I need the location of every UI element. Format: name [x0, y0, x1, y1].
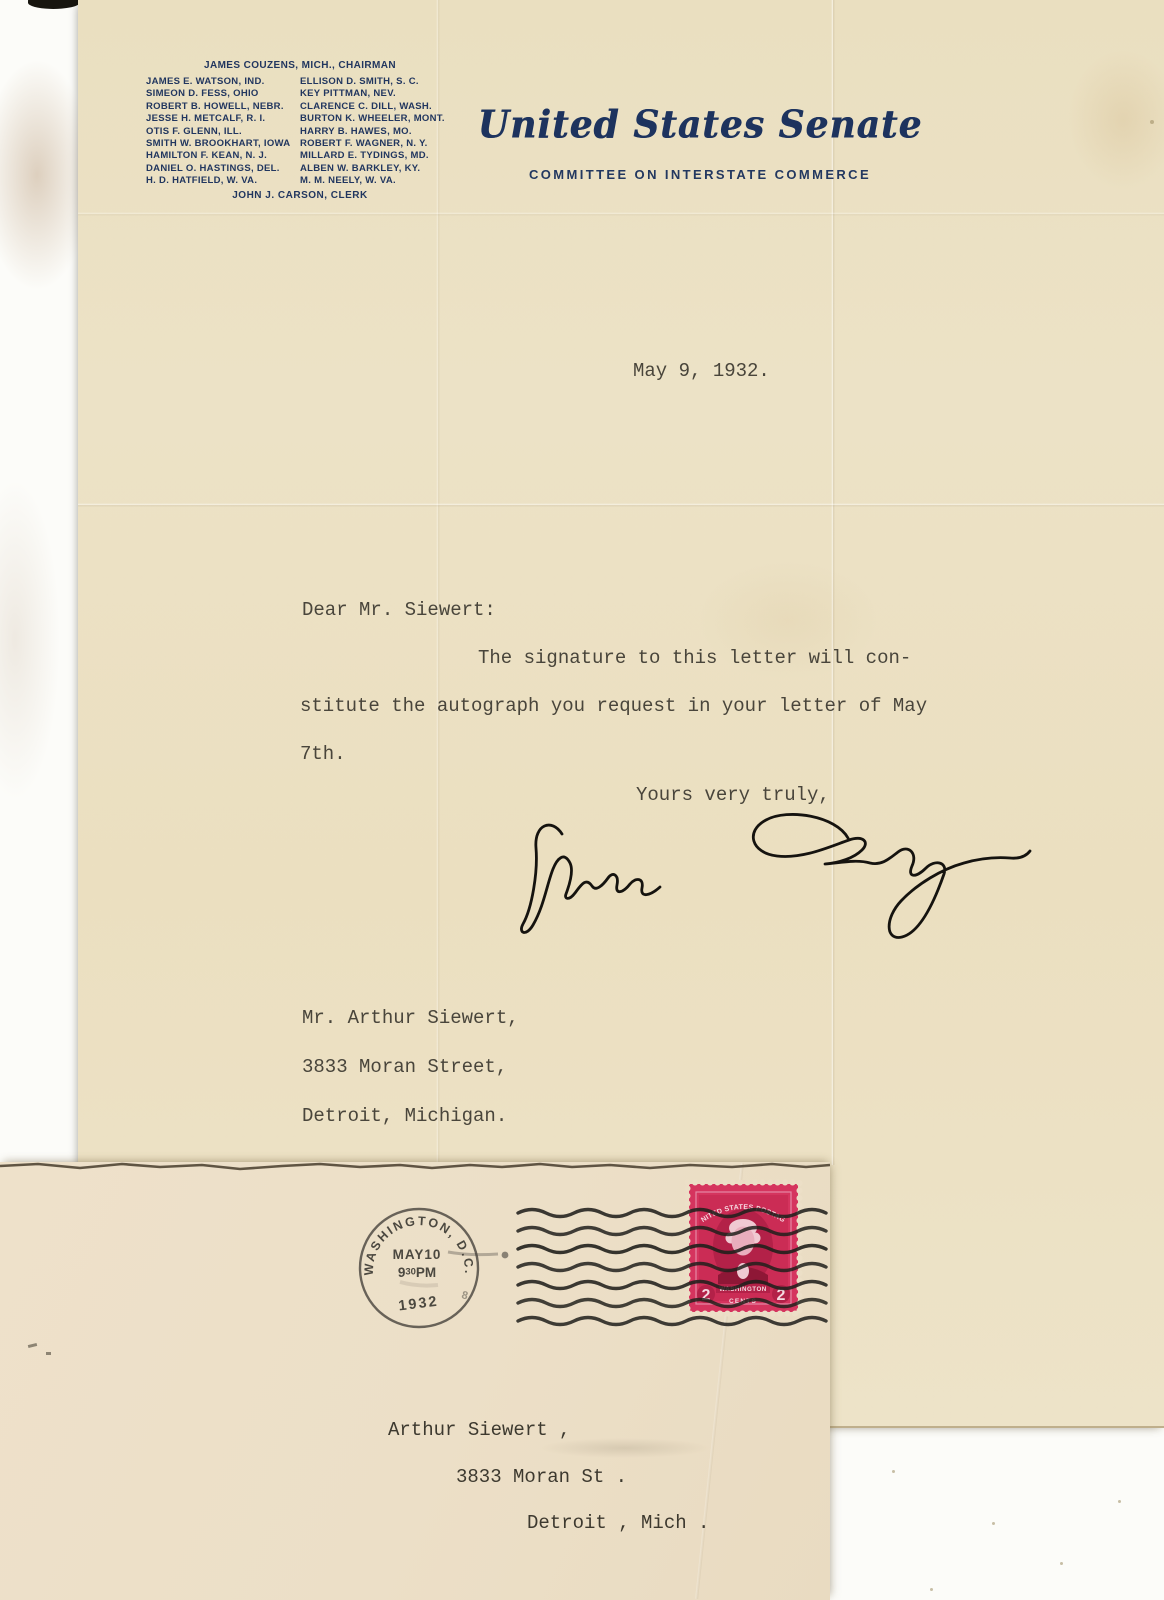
letterhead-member: HAMILTON F. KEAN, N. J. — [146, 150, 290, 162]
recipient-line-2: 3833 Moran Street, — [302, 1056, 507, 1078]
letterhead-member: DANIEL O. HASTINGS, DEL. — [146, 163, 290, 175]
paper-speckle — [930, 1588, 933, 1591]
scanner-stain — [0, 480, 60, 800]
letterhead-chairman: JAMES COUZENS, MICH., CHAIRMAN — [130, 60, 470, 71]
letterhead-members-left: JAMES E. WATSON, IND. SIMEON D. FESS, OH… — [146, 76, 290, 188]
body-line-3: 7th. — [300, 743, 346, 765]
closing-line: Yours very truly, — [636, 784, 830, 806]
ink-smear — [448, 1252, 498, 1255]
letterhead-members-right: ELLISON D. SMITH, S. C. KEY PITTMAN, NEV… — [300, 76, 445, 188]
postmark-date: MAY10 — [393, 1247, 442, 1262]
scan-edge-mark — [28, 0, 80, 10]
envelope-address-line-2: 3833 Moran St . — [456, 1466, 627, 1488]
letterhead-member: SIMEON D. FESS, OHIO — [146, 88, 290, 100]
postmark: WASHINGTON, D.C. MAY10 930PM 1932 8 — [360, 1209, 508, 1327]
paper-speckle — [1060, 1562, 1063, 1565]
body-line-1: The signature to this letter will con- — [478, 647, 911, 669]
letterhead-member: ELLISON D. SMITH, S. C. — [300, 76, 445, 88]
scanned-document-page: JAMES COUZENS, MICH., CHAIRMAN JAMES E. … — [0, 0, 1164, 1600]
letterhead-member: M. M. NEELY, W. VA. — [300, 175, 445, 187]
recipient-line-1: Mr. Arthur Siewert, — [302, 1007, 519, 1029]
postmark-meridiem: PM — [416, 1265, 436, 1280]
ink-dot — [502, 1252, 509, 1259]
letterhead-member: ROBERT B. HOWELL, NEBR. — [146, 101, 290, 113]
signature-james-couzens — [518, 806, 1038, 961]
paper-speckle — [892, 1470, 895, 1473]
letterhead-member: H. D. HATFIELD, W. VA. — [146, 175, 290, 187]
ink-smudge — [540, 1438, 710, 1458]
paper-speckle — [1150, 120, 1154, 124]
salutation: Dear Mr. Siewert: — [302, 599, 496, 621]
fold-crease-horizontal — [78, 503, 1164, 507]
torn-edge — [0, 1164, 830, 1169]
letterhead-member: HARRY B. HAWES, MO. — [300, 126, 445, 138]
recipient-line-3: Detroit, Michigan. — [302, 1105, 507, 1127]
ink-smear — [400, 1282, 438, 1286]
envelope: UNITED STATES POSTAGE WASHINGTON 2 2 CEN… — [0, 1162, 830, 1600]
date-line: May 9, 1932. — [633, 360, 770, 382]
postmark-minutes: 30 — [405, 1267, 416, 1278]
letterhead-clerk: JOHN J. CARSON, CLERK — [130, 190, 470, 201]
letterhead-member: ROBERT F. WAGNER, N. Y. — [300, 138, 445, 150]
fold-crease-horizontal — [78, 212, 1164, 216]
letterhead-member: KEY PITTMAN, NEV. — [300, 88, 445, 100]
paper-speckle — [992, 1522, 995, 1525]
paper-speckle — [1118, 1500, 1121, 1503]
envelope-address-line-1: Arthur Siewert , — [388, 1419, 570, 1441]
letterhead-member: JESSE H. METCALF, R. I. — [146, 113, 290, 125]
letterhead-member: CLARENCE C. DILL, WASH. — [300, 101, 445, 113]
body-line-2: stitute the autograph you request in you… — [300, 695, 927, 717]
envelope-address-line-3: Detroit , Mich . — [527, 1512, 709, 1534]
senate-masthead-title: United States Senate — [440, 103, 960, 148]
envelope-markings: UNITED STATES POSTAGE WASHINGTON 2 2 CEN… — [0, 1162, 830, 1600]
letterhead-member: MILLARD E. TYDINGS, MD. — [300, 150, 445, 162]
stray-mark — [46, 1352, 51, 1355]
postmark-year: 1932 — [398, 1294, 440, 1315]
committee-subtitle: COMMITTEE ON INTERSTATE COMMERCE — [440, 167, 960, 182]
postmark-hour: 9 — [398, 1265, 406, 1280]
letterhead-member: OTIS F. GLENN, ILL. — [146, 126, 290, 138]
letterhead-member: ALBEN W. BARKLEY, KY. — [300, 163, 445, 175]
letterhead-member: BURTON K. WHEELER, MONT. — [300, 113, 445, 125]
letterhead-member: SMITH W. BROOKHART, IOWA — [146, 138, 290, 150]
postmark-time: 930PM — [398, 1265, 436, 1280]
letterhead-member: JAMES E. WATSON, IND. — [146, 76, 290, 88]
